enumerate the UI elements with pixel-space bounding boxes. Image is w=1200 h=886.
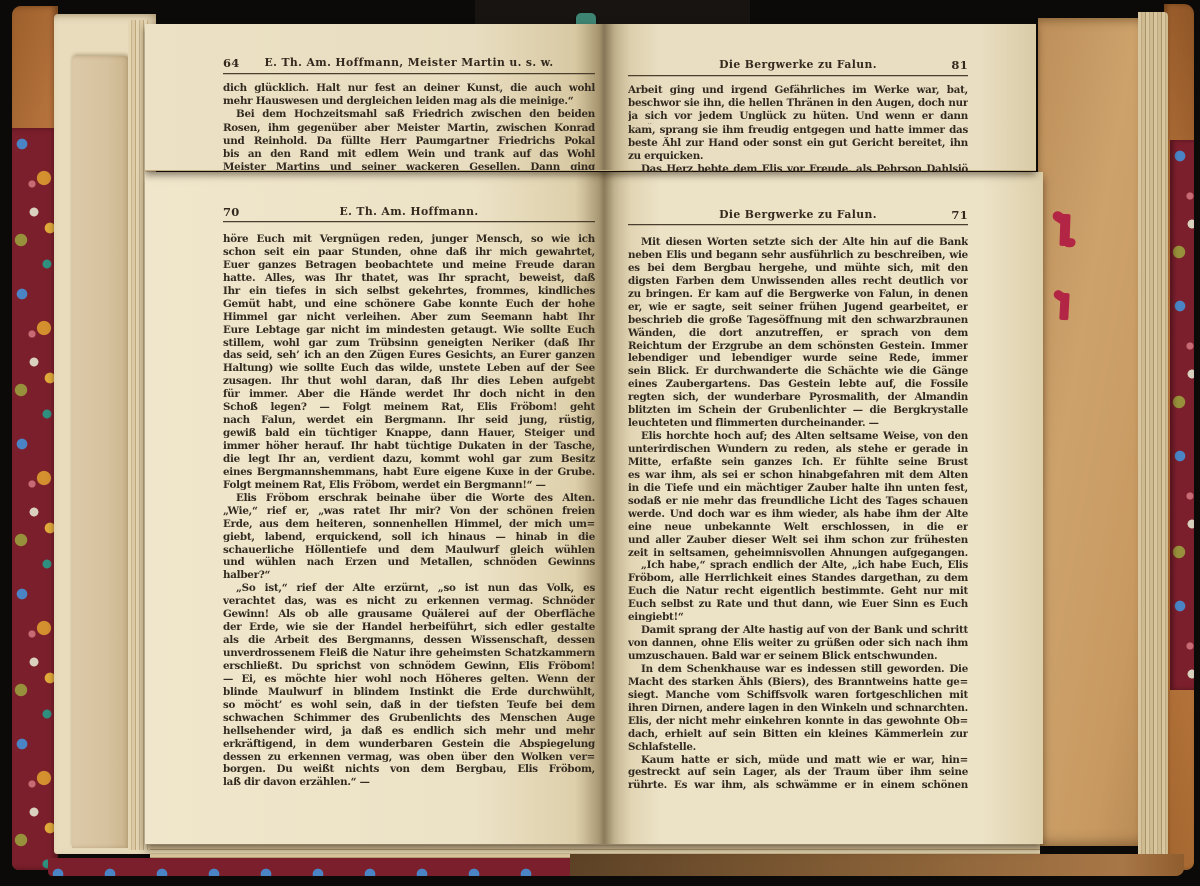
endpaper-right xyxy=(1038,18,1140,846)
text-line: sodaß er nie mehr das freundliche Licht … xyxy=(628,495,968,508)
text-line: eines Zaubergartens. Das Gestein lebte a… xyxy=(628,378,968,391)
text-line: Elis horchte hoch auf; des Alten seltsam… xyxy=(628,430,968,443)
text-line: sein Blick. Er durchwanderte die Schächt… xyxy=(628,365,968,378)
text-line: es war ihm, als sei er schon hinabgefahr… xyxy=(628,469,968,482)
main-spread: 70 E. Th. Am. Hoffmann. höre Euch mit Ve… xyxy=(145,172,1043,844)
text-line: Euch selbst zu Rate und thut dann, wie E… xyxy=(628,598,968,611)
text-line: beschwor sie ihn, die hellen Thränen in … xyxy=(628,97,968,110)
text-line: und aller Zauber dieser Welt sei ihm sch… xyxy=(628,534,968,547)
text-line: und Reinhold. Da füllte Herr Paumgartner… xyxy=(223,135,595,148)
header-rule xyxy=(628,224,968,225)
text-line: Arbeit ging und irgend Gefährliches im W… xyxy=(628,84,968,97)
page-81-header: Die Bergwerke zu Falun. 81 xyxy=(628,58,968,74)
text-line: unterirdischen Wundern zu reden, als ste… xyxy=(628,443,968,456)
text-line: Euer ganzes Betragen beobachtete und mei… xyxy=(223,259,595,272)
running-title: Die Bergwerke zu Falun. xyxy=(719,208,877,221)
lifted-pages-64-81: 64 E. Th. Am. Hoffmann, Meister Martin u… xyxy=(145,24,1036,171)
cover-bottom-right xyxy=(570,854,1184,876)
text-line: es bei dem Bergbau hergehe, und mühte si… xyxy=(628,262,968,275)
text-line: bis an den Rand mit edlem Wein und trank… xyxy=(223,148,595,161)
running-title: E. Th. Am. Hoffmann. xyxy=(339,205,478,218)
page-edges-right xyxy=(1138,12,1168,860)
red-letter-fragment xyxy=(1051,210,1078,251)
running-title: E. Th. Am. Hoffmann, Meister Martin u. s… xyxy=(265,56,554,69)
text-line: Mitte, erfaßte sein ganzes Ich. Er fühlt… xyxy=(628,456,968,469)
text-line: dich glücklich. Halt nur fest an deiner … xyxy=(223,82,595,95)
text-line: erschließt. Du sprichst von schnödem Gew… xyxy=(223,660,595,673)
page-71-header: Die Bergwerke zu Falun. 71 xyxy=(628,208,968,224)
text-line: zeit in seltsamen, geheimnisvollen Ahnun… xyxy=(628,547,968,560)
page-70-text: höre Euch mit Vergnügen reden, junger Me… xyxy=(223,233,595,789)
page-number: 64 xyxy=(223,56,240,70)
text-line: Meister Martins und seiner wackeren Gese… xyxy=(223,161,595,170)
text-line: — Ei, es möchte hier wohl noch Höheres g… xyxy=(223,673,595,686)
text-line: beste Ähl zur Hand oder sonst ein gut Ge… xyxy=(628,137,968,150)
page-70-header: 70 E. Th. Am. Hoffmann. xyxy=(223,205,595,221)
text-line: digsten Farben dem Unwissenden alles rec… xyxy=(628,275,968,288)
text-line: so möcht’ es wohl sein, daß in der tiefs… xyxy=(223,699,595,712)
text-line: dach, erhielt auf sein Bitten ein kleine… xyxy=(628,728,968,741)
text-line: borgen. Du weißt nichts von dem Bergbau,… xyxy=(223,763,595,776)
text-line: Gewinn! Als ob alle grausame Quälerei au… xyxy=(223,608,595,621)
text-line: In dem Schenkhause war es indessen still… xyxy=(628,663,968,676)
text-line: zu bringen. Er kam auf die Bergwerke von… xyxy=(628,288,968,301)
text-line: schauerliche Höllentiefe und dem Maulwur… xyxy=(223,544,595,557)
text-line: Das Herz bebte dem Elis vor Freude, als … xyxy=(628,163,968,172)
text-line: gewiß bald ein tüchtiger Knappe, dann Ha… xyxy=(223,427,595,440)
text-line: eingiebt!“ xyxy=(628,611,968,624)
text-line: Folgt meinem Rat, Elis Fröbom, werdet ei… xyxy=(223,479,595,492)
text-line: Bei dem Hochzeitsmahl saß Friedrich zwis… xyxy=(223,108,595,121)
header-rule xyxy=(628,75,968,76)
text-line: mehr Hauswesen und dergleichen leiden ma… xyxy=(223,95,595,108)
text-line: nach Falun, werdet ein Bergmann. Ihr sei… xyxy=(223,414,595,427)
text-line: Himmel gar nicht verleihen. Aber zum See… xyxy=(223,311,595,324)
text-line: zu erquicken. xyxy=(628,150,968,163)
text-line: von dannen, ohne Elis weiter zu grüßen o… xyxy=(628,637,968,650)
text-line: regten sich, der wunderbare Pyrosmalith,… xyxy=(628,391,968,404)
text-line: lebendiger und lebendiger wurde seine Re… xyxy=(628,352,968,365)
text-line: Euch die Natur recht eigentlich bestimmt… xyxy=(628,585,968,598)
page-number: 70 xyxy=(223,205,240,219)
text-line: das seid, seh’ ich an den Zügen Eures Ge… xyxy=(223,349,595,362)
text-line: höre Euch mit Vergnügen reden, junger Me… xyxy=(223,233,595,246)
page-64-header: 64 E. Th. Am. Hoffmann, Meister Martin u… xyxy=(223,56,595,72)
text-line: Macht des starken Ähls (Biers), des Bran… xyxy=(628,676,968,689)
text-line: „So ist,“ rief der Alte erzürnt, „so ist… xyxy=(223,582,595,595)
text-line: ihren Dirnen, andere lagen in den Winkel… xyxy=(628,702,968,715)
text-line: blitzten im Schein der Grubenlichter — d… xyxy=(628,404,968,417)
text-line: eine neue unbekannte Welt erschlossen, i… xyxy=(628,521,968,534)
text-line: Elis Fröbom erschrak beinahe über die Wo… xyxy=(223,492,595,505)
text-line: die legt Ihr an, verdient dazu, kommt wo… xyxy=(223,453,595,466)
header-rule xyxy=(223,73,595,74)
text-line: dessen zu erkennen vermag, was oben über… xyxy=(223,751,595,764)
text-line: Eure Lebtage gar nicht im mindesten geta… xyxy=(223,324,595,337)
text-line: in die Tiefe und ein mächtiger Zauber ha… xyxy=(628,482,968,495)
text-line: Damit sprang der Alte hastig auf von der… xyxy=(628,624,968,637)
text-line: immer höher herauf. Ihr habt tüchtige Du… xyxy=(223,440,595,453)
text-line: Wänden, die dort anzutreffen, er sprach … xyxy=(628,327,968,340)
text-line: umzuschauen. Bald war er seinem Blick en… xyxy=(628,650,968,663)
text-line: hatte. Alles, was Ihr thatet, was Ihr sp… xyxy=(223,272,595,285)
text-line: ja sich vor jedem Unglück zu hüten. Und … xyxy=(628,110,968,123)
text-line: Gemüt habt, und eine schönere Gabe konnt… xyxy=(223,298,595,311)
text-line: „Wie,“ rief er, „was ratet Ihr mir? Von … xyxy=(223,505,595,518)
text-line: verachtet das, was es nicht zu erkennen … xyxy=(223,595,595,608)
running-title: Die Bergwerke zu Falun. xyxy=(719,58,877,71)
page-71-text: Mit diesen Worten setzte sich der Alte h… xyxy=(628,236,968,792)
flyleaf-strip xyxy=(72,56,130,848)
text-line: gestreckt auf sein Lager, als der Traum … xyxy=(628,766,968,779)
text-line: kam, sprang sie ihm freudig entgegen und… xyxy=(628,124,968,137)
text-line: Ihr ein tiefes in sich selbst gekehrtes,… xyxy=(223,285,595,298)
text-line: siegt. Manche vom Schiffsvolk waren fort… xyxy=(628,689,968,702)
text-line: der Erde, wie sie der Handel herbeiführt… xyxy=(223,621,595,634)
page-64-text: dich glücklich. Halt nur fest an deiner … xyxy=(223,82,595,170)
text-line: Erde, aus dem heiteren, sonnenhellen Him… xyxy=(223,518,595,531)
red-letter-fragment xyxy=(1052,289,1076,322)
text-line: Mit diesen Worten setzte sich der Alte h… xyxy=(628,236,968,249)
header-rule xyxy=(223,221,595,222)
text-line: stillem, wohl gar zum Trübsinn geneigten… xyxy=(223,337,595,350)
page-81-text: Arbeit ging und irgend Gefährliches im W… xyxy=(628,84,968,172)
text-line: zusagen. Ihr thut wohl daran, daß Ihr di… xyxy=(223,375,595,388)
text-line: beschrieb die große Tagesöffnung mit den… xyxy=(628,314,968,327)
text-line: blinde Maulwurf in blindem Instinkt die … xyxy=(223,686,595,699)
text-line: Fröbom, alle Herrlichkeit eines Standes … xyxy=(628,572,968,585)
text-line: Schoß legen? — Folgt meinem Rat, Elis Fr… xyxy=(223,401,595,414)
marbled-paper-right xyxy=(1170,140,1194,690)
text-line: schwachen Schimmer des Grubenlichts des … xyxy=(223,712,595,725)
marbled-paper-left xyxy=(12,128,58,870)
text-line: erkräftigend, in dem wunderbaren Gestein… xyxy=(223,738,595,751)
text-line: hellsehender wird, ja daß es endlich sic… xyxy=(223,725,595,738)
text-line: und wühlen nach Erzen und Metallen, schn… xyxy=(223,556,595,569)
text-line: leuchteten und flimmerten durcheinander.… xyxy=(628,417,968,430)
text-line: laß dir davon erzählen.“ — xyxy=(223,776,595,789)
text-line: unverdrossenem Fleiß die Natur ihre gehe… xyxy=(223,647,595,660)
text-line: Elis, der nicht mehr einkehren konnte in… xyxy=(628,715,968,728)
text-line: halber?“ xyxy=(223,569,595,582)
page-number: 71 xyxy=(951,208,968,222)
text-line: Kaum hatte er sich, müde und matt wie er… xyxy=(628,754,968,767)
text-line: für immer. Aber die Hände werdet Ihr doc… xyxy=(223,388,595,401)
text-line: neben Elis und begann sehr ausführlich z… xyxy=(628,249,968,262)
marbled-paper-bottom xyxy=(48,858,570,876)
text-line: „Ich habe,“ sprach endlich der Alte, „ic… xyxy=(628,559,968,572)
text-line: Schlafstelle. xyxy=(628,741,968,754)
page-number: 81 xyxy=(951,58,968,72)
text-line: eines Bergmannshemmans, habt Eure eigene… xyxy=(223,466,595,479)
text-line: giebt, labend, erquickend, soll ich hina… xyxy=(223,531,595,544)
text-line: er, wie er sagte, seit seiner frühen Jug… xyxy=(628,301,968,314)
text-line: werde. Und doch war es ihm wieder, als h… xyxy=(628,508,968,521)
text-line: Rosen, ihm gegenüber aber Meister Martin… xyxy=(223,122,595,135)
text-line: Reichtum der Erzgrube an dem schönsten G… xyxy=(628,340,968,353)
text-line: rührte. Es war ihm, als schwämme er in e… xyxy=(628,779,968,792)
text-line: als die Arbeit des Bergmanns, dessen Wis… xyxy=(223,634,595,647)
text-line: Haltung) wie sollte Euch das wilde, unst… xyxy=(223,362,595,375)
text-line: schon seit ein paar Stunden, ohne daß ih… xyxy=(223,246,595,259)
